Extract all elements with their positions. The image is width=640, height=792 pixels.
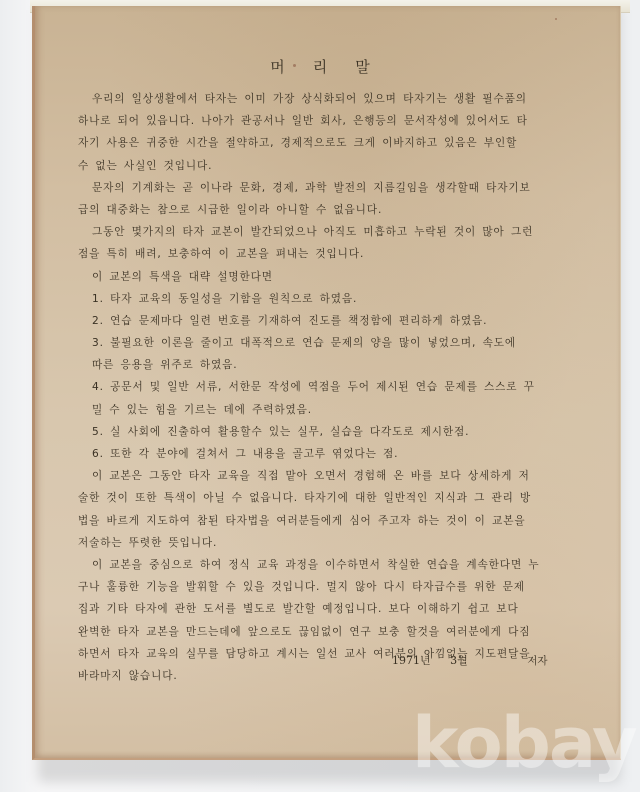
paragraph-line: 하나로 되어 있읍니다. 나아가 관공서나 일반 회사, 은행등의 문서작성에 … (78, 110, 553, 132)
author: 저자 (527, 653, 547, 668)
paragraph-line: 술한 것이 또한 특색이 아닐 수 없읍니다. 타자기에 대한 일반적인 지식과… (78, 487, 553, 509)
paragraph-line: 이 교본의 특색을 대략 설명한다면 (78, 266, 553, 288)
paragraph-line: 이 교본은 그동안 타자 교육을 직접 맡아 오면서 경험해 온 바를 보다 상… (78, 465, 553, 487)
list-item-line: 2. 연습 문제마다 일련 번호를 기재하여 진도를 책정함에 편리하게 하였음… (78, 310, 553, 332)
list-item-line: 1. 타자 교육의 동일성을 기함을 원칙으로 하였음. (78, 288, 553, 310)
paragraph-line: 문자의 기계화는 곧 이나라 문화, 경제, 과학 발전의 지름길임을 생각할때… (78, 177, 553, 199)
document-body: 우리의 일상생활에서 타자는 이미 가장 상식화되어 있으며 타자기는 생활 필… (78, 88, 553, 687)
document-title: 머리말 (0, 56, 640, 77)
paragraph-line: 법을 바르게 지도하여 참된 타자법을 여러분들에게 심어 주고자 하는 것이 … (78, 510, 553, 532)
list-item-line: 6. 또한 각 분야에 걸쳐서 그 내용을 골고루 엮었다는 점. (78, 443, 553, 465)
paragraph-line: 구나 훌륭한 기능을 발휘할 수 있을 것입니다. 멀지 않아 다시 타자급수를… (78, 576, 553, 598)
watermark-logo: kobay (412, 708, 636, 778)
signature-block: 1971년 3월 저자 (392, 652, 548, 668)
date-year: 1971년 (392, 652, 431, 668)
paragraph-line: 점을 특히 배려, 보충하여 이 교본을 펴내는 것입니다. (78, 243, 553, 265)
date-month: 3월 (450, 652, 468, 668)
paragraph-line: 이 교본을 중심으로 하여 정식 교육 과정을 이수하면서 착실한 연습을 계속… (78, 554, 553, 576)
paragraph-line: 저술하는 뚜렷한 뜻입니다. (78, 532, 553, 554)
paper-speck (555, 18, 557, 20)
list-item-line: 밀 수 있는 힘을 기르는 데에 주력하였음. (78, 399, 553, 421)
list-item-line: 4. 공문서 및 일반 서류, 서한문 작성에 역점을 두어 제시된 연습 문제… (78, 376, 553, 398)
list-item-line: 3. 불필요한 이론을 줄이고 대폭적으로 연습 문제의 양을 많이 넣었으며,… (78, 332, 553, 354)
paragraph-line: 바라마지 않습니다. (78, 665, 553, 687)
paragraph-line: 자기 사용은 귀중한 시간을 절약하고, 경제적으로도 크게 이바지하고 있음은… (78, 132, 553, 154)
list-item-line: 5. 실 사회에 진출하여 활용할수 있는 실무, 실습을 다각도로 제시한점. (78, 421, 553, 443)
paragraph-line: 집과 기타 타자에 관한 도서를 별도로 발간할 예정입니다. 보다 이해하기 … (78, 598, 553, 620)
paragraph-line: 완벽한 타자 교본을 만드는데에 앞으로도 끊임없이 연구 보충 할것을 여러분… (78, 621, 553, 643)
paragraph-line: 급의 대중화는 참으로 시급한 일이라 아니할 수 없읍니다. (78, 199, 553, 221)
paragraph-line: 우리의 일상생활에서 타자는 이미 가장 상식화되어 있으며 타자기는 생활 필… (78, 88, 553, 110)
list-item-line: 따른 응용을 위주로 하였음. (78, 354, 553, 376)
paragraph-line: 수 없는 사실인 것입니다. (78, 155, 553, 177)
paragraph-line: 그동안 몇가지의 타자 교본이 발간되었으나 아직도 미흡하고 누락된 것이 많… (78, 221, 553, 243)
